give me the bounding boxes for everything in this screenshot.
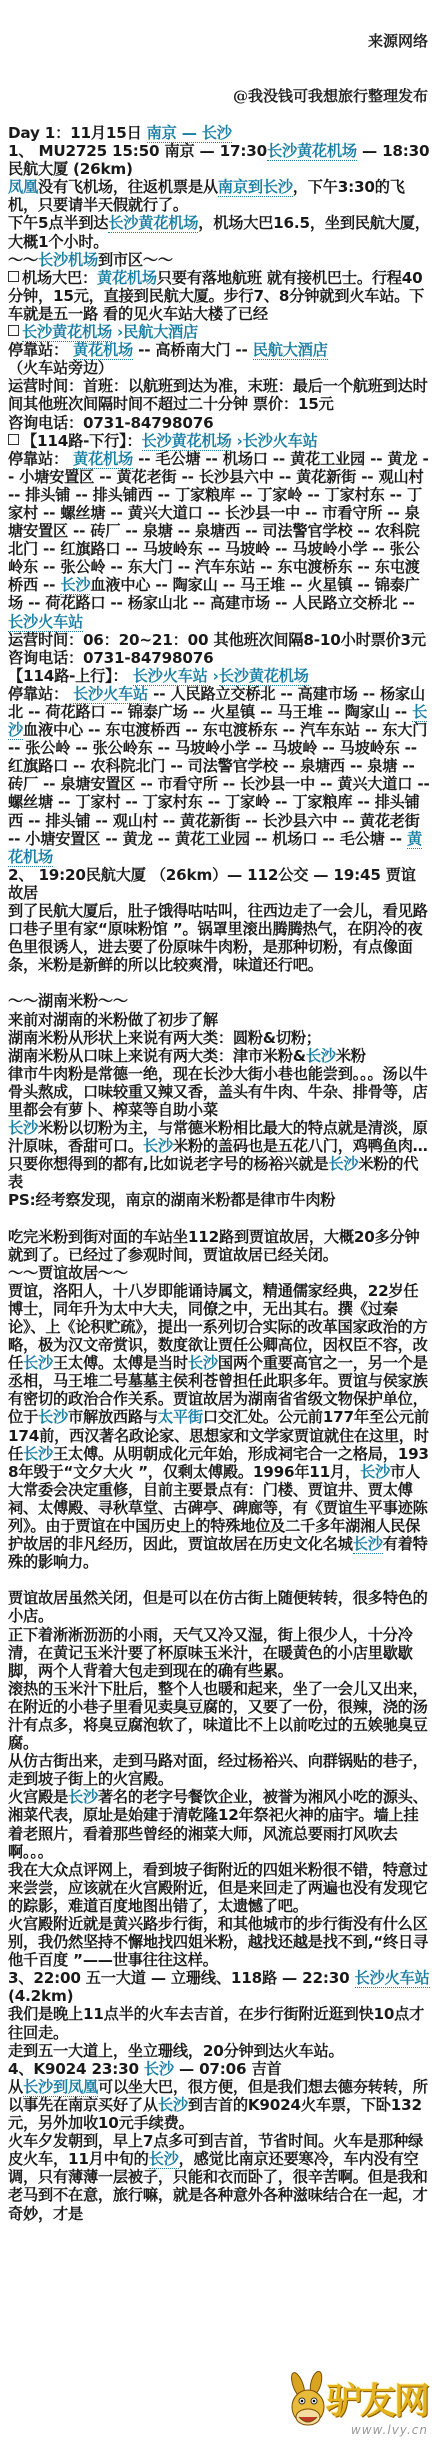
airport-link[interactable]: 长沙黄花机场 bbox=[22, 323, 112, 342]
changsha-fenghuang-link[interactable]: 长沙到凤凰 bbox=[23, 2078, 98, 2097]
segment-4: 4、K9024 23:30 长沙 — 07:06 吉首 bbox=[8, 2060, 430, 2078]
paragraph: 火宫殿附近就是黄兴路步行街，和其他城市的步行街没有什么区别，我仍然坚持不懈地找四… bbox=[8, 1915, 430, 1969]
bus-route-heading: 长沙黄花机场 ›民航大酒店 bbox=[8, 323, 430, 341]
changsha-link[interactable]: 长沙 bbox=[8, 1119, 38, 1137]
paragraph: 滚热的玉米汁下肚后，整个人也暖和起来，坐了一会儿又出来，在附近的小巷子里看见卖臭… bbox=[8, 1680, 430, 1752]
airport-link[interactable]: 长沙黄花机场 bbox=[267, 142, 357, 161]
text: （火车站旁边） bbox=[8, 359, 113, 377]
jia-yi-paragraph: 贾谊，洛阳人，十八岁即能诵诗属文，精通儒家经典，22岁任博士，同年升为太中大夫，… bbox=[8, 1282, 430, 1572]
changsha-link[interactable]: 长沙 bbox=[328, 1155, 358, 1173]
section-heading: ～～长沙机场到市区～～ bbox=[8, 251, 430, 269]
paragraph: 湖南米粉从形状上来说有两大类：圆粉&切粉； bbox=[8, 1029, 430, 1047]
text: 米粉 bbox=[336, 1047, 366, 1065]
station-link[interactable]: 长沙火车站 bbox=[8, 613, 83, 632]
ps-note: PS:经考察发现，南京的湖南米粉都是律市牛肉粉 bbox=[8, 1191, 430, 1209]
fenghuang-link[interactable]: 凤凰 bbox=[8, 178, 38, 196]
changsha-link[interactable]: 长沙 bbox=[143, 1137, 173, 1155]
airport-link[interactable]: 长沙黄花机场 bbox=[108, 214, 198, 233]
text: 到市区～～ bbox=[98, 251, 173, 269]
changsha-link[interactable]: 长沙 bbox=[360, 1463, 390, 1481]
paragraph: 长沙米粉以切粉为主，与常德米粉相比最大的特点就是清淡，原汁原味，香甜可口。长沙米… bbox=[8, 1119, 430, 1191]
route-link[interactable]: 南京 — 长沙 bbox=[147, 124, 232, 143]
bus-114-up-stops: 停靠站： 长沙火车站 -- 人民路立交桥北 -- 高建市场 -- 杨家山北 --… bbox=[8, 685, 430, 866]
text: 火宫殿是 bbox=[8, 1788, 68, 1806]
text: 血液中心 -- 东屯渡桥西 -- 东屯渡桥东 -- 汽车东站 -- 东大门 --… bbox=[8, 721, 430, 848]
operating-hours: 运营时间：首班：以航班到达为准，末班：最后一个航班到达时间其他班次间隔时间不超过… bbox=[8, 377, 430, 413]
segment-3: 3、22:00 五一大道 — 立珊线、118路 — 22:30 长沙火车站 (4… bbox=[8, 1969, 430, 2005]
changsha-airport-link[interactable]: 长沙机场 bbox=[38, 251, 98, 269]
taiping-street-link[interactable]: 太平街 bbox=[158, 1408, 203, 1426]
airport-link[interactable]: 长沙黄花机场 bbox=[142, 432, 232, 451]
changsha-link[interactable]: 长沙 bbox=[188, 1354, 218, 1372]
changsha-link[interactable]: 长沙 bbox=[353, 1535, 383, 1554]
paragraph: 贾谊故居虽然关闭，但是可以在仿古街上随便转转，很多特色的小店。 bbox=[8, 1589, 430, 1625]
paragraph: 吃完米粉到街对面的车站坐112路到贾谊故居，大概20多分钟就到了。已经过了参观时… bbox=[8, 1228, 430, 1264]
paragraph: 下午5点半到达长沙黄花机场，机场大巴16.5，坐到民航大厦，大概1个小时。 bbox=[8, 214, 430, 250]
paragraph: 正下着淅淅沥沥的小雨，天气又冷又湿，街上很少人，十分冷清，在黄记玉米汁要了杯原味… bbox=[8, 1626, 430, 1680]
text: 下午5点半到达 bbox=[8, 214, 108, 232]
paragraph: 来前对湖南的米粉做了初步了解 bbox=[8, 1011, 430, 1029]
text: 市解放西路与 bbox=[68, 1408, 158, 1426]
text: 3、22:00 五一大道 — 立珊线、118路 — 22:30 bbox=[8, 1969, 355, 1987]
station-link[interactable]: 长沙火车站 bbox=[133, 667, 208, 686]
text: (4.2km) bbox=[8, 1987, 73, 2005]
watermark-url: www.lvy.cn bbox=[351, 2423, 428, 2437]
segment-2: 2、 19:20民航大厦 （26km）— 112公交 — 19:45 贾谊故居 bbox=[8, 866, 430, 902]
bus-114-up-heading: 【114路-上行】： 长沙火车站 ›长沙黄花机场 bbox=[8, 667, 430, 685]
changsha-link[interactable]: 长沙 bbox=[23, 1445, 53, 1463]
text: 【114路-上行】： bbox=[8, 667, 133, 685]
text: -- 高桥南大门 -- bbox=[133, 341, 253, 359]
paragraph: 我们是晚上11点半的火车去吉首，在步行街附近逛到快10点才往回走。 bbox=[8, 2005, 430, 2041]
changsha-link[interactable]: 长沙 bbox=[68, 1788, 98, 1806]
day-date: Day 1：11月15日 bbox=[8, 124, 147, 142]
bus-114-down-heading: 【114路-下行】：长沙黄花机场 ›长沙火车站 bbox=[8, 432, 430, 450]
text: 没有飞机场，往返机票是从 bbox=[38, 178, 218, 196]
bullet-box-icon bbox=[8, 434, 19, 445]
text: 从 bbox=[8, 2078, 23, 2096]
text: 王太傅。太傅是当时 bbox=[53, 1354, 188, 1372]
changsha-link[interactable]: 长沙 bbox=[60, 576, 90, 595]
station-link[interactable]: 长沙火车站 bbox=[73, 685, 148, 704]
text: 停靠站： bbox=[8, 341, 73, 359]
text: 【114路-下行】： bbox=[22, 432, 142, 450]
station-link[interactable]: 长沙火车站 bbox=[243, 432, 318, 450]
segment-1-text: 1、 MU2725 15:50 南京 — 17:30 bbox=[8, 142, 267, 160]
huanghua-airport-link[interactable]: 黄花机场 bbox=[73, 450, 133, 469]
bus-114-down-stops: 停靠站： 黄花机场 -- 毛公塘 -- 机场口 -- 黄花工业园 -- 黄龙 -… bbox=[8, 450, 430, 631]
paragraph: 火车夕发朝到，早上7点多可到吉首，节省时间。火车是那种绿皮火车，11月中旬的长沙… bbox=[8, 2132, 430, 2222]
bus-114-down-phone: 咨询电话：0731-84798076 bbox=[8, 649, 430, 667]
changsha-link[interactable]: 长沙 bbox=[23, 1354, 53, 1372]
station-link[interactable]: 长沙火车站 bbox=[355, 1969, 430, 1988]
paragraph: 从长沙到凤凰可以坐大巴，很方便，但是我们想去德夯转转，所以事先在南京买好了从长沙… bbox=[8, 2078, 430, 2132]
bus-114-down-hours: 运营时间：06：20~21：00 其他班次间隔8-10小时票价3元 bbox=[8, 631, 430, 649]
text: -- 毛公塘 -- 机场口 -- 黄花工业园 -- 黄龙 -- 小塘安置区 --… bbox=[8, 450, 429, 595]
jia-yi-heading: ～～贾谊故居～～ bbox=[8, 1264, 430, 1282]
text: 停靠站： bbox=[8, 685, 73, 703]
rice-noodle-heading: ～～湖南米粉～～ bbox=[8, 992, 430, 1010]
watermark: 驴友网 www.lvy.cn bbox=[284, 2367, 434, 2439]
huanghua-airport-link[interactable]: 黄花机场 bbox=[97, 269, 157, 287]
text: 机场大巴： bbox=[22, 269, 97, 287]
segment-1: 1、 MU2725 15:50 南京 — 17:30长沙黄花机场 — 18:30… bbox=[8, 142, 430, 178]
article-body: Day 1：11月15日 南京 — 长沙 1、 MU2725 15:50 南京 … bbox=[0, 106, 438, 2223]
donkey-mascot-icon bbox=[284, 2371, 334, 2433]
airport-link[interactable]: 长沙黄花机场 bbox=[219, 667, 309, 686]
paragraph: 走到五一大道上，坐立珊线，20分钟到达火车站。 bbox=[8, 2042, 430, 2060]
text: ～～ bbox=[8, 251, 38, 269]
paragraph: 机场大巴：黄花机场只要有落地航班 就有接机巴士。行程40分钟，15元，直接到民航… bbox=[8, 269, 430, 323]
watermark-brand: 驴友网 bbox=[326, 2373, 428, 2424]
nanjing-changsha-link[interactable]: 南京到长沙 bbox=[218, 178, 293, 197]
phone: 咨询电话：0731-84798076 bbox=[8, 414, 430, 432]
source-credit: 来源网络 bbox=[0, 0, 428, 51]
bullet-box-icon bbox=[8, 325, 19, 336]
hotel-link[interactable]: 民航大酒店 bbox=[253, 341, 328, 360]
text: 湖南米粉从口味上来说有两大类：津市米粉& bbox=[8, 1047, 306, 1065]
stops: 停靠站： 黄花机场 -- 高桥南大门 -- 民航大酒店（火车站旁边） bbox=[8, 341, 430, 377]
paragraph: 我在大众点评网上，看到坡子街附近的四姐米粉很不错，特意过来尝尝，应该就在火宫殿附… bbox=[8, 1861, 430, 1915]
paragraph: 火宫殿是长沙著名的老字号餐饮企业，被誉为湘风小吃的源头、湘菜代表，原址是始建于清… bbox=[8, 1788, 430, 1860]
text: 停靠站： bbox=[8, 450, 73, 468]
credits: 来源网络 @我没钱可我想旅行整理发布 bbox=[0, 0, 438, 106]
paragraph: 到了民航大厦后，肚子饿得咕咕叫，往西边走了一会儿，看见路口巷子里有家“原味粉馆 … bbox=[8, 902, 430, 974]
bullet-box-icon bbox=[8, 271, 19, 282]
text: — 07:06 吉首 bbox=[174, 2060, 282, 2078]
arrow-icon: › bbox=[112, 323, 123, 341]
huanghua-airport-link[interactable]: 黄花机场 bbox=[73, 341, 133, 360]
day-title: Day 1：11月15日 南京 — 长沙 bbox=[8, 124, 430, 142]
spacer bbox=[8, 1571, 430, 1589]
arrow-icon: › bbox=[208, 667, 219, 685]
text: 4、K9024 23:30 bbox=[8, 2060, 144, 2078]
changsha-link[interactable]: 长沙 bbox=[38, 1408, 68, 1426]
changsha-link[interactable]: 长沙 bbox=[144, 2060, 174, 2078]
changsha-link[interactable]: 长沙 bbox=[149, 2150, 179, 2169]
paragraph: 从仿古街出来，走到马路对面，经过杨裕兴、向群锅贴的巷子，走到坡子街上的火宫殿。 bbox=[8, 1752, 430, 1788]
changsha-link[interactable]: 长沙 bbox=[306, 1047, 336, 1065]
spacer bbox=[8, 1210, 430, 1228]
paragraph: 湖南米粉从口味上来说有两大类：津市米粉&长沙米粉 bbox=[8, 1047, 430, 1065]
paragraph: 凤凰没有飞机场，往返机票是从南京到长沙，下午3:30的飞机，只要请半天假就行了。 bbox=[8, 178, 430, 214]
paragraph: 律市牛肉粉是常德一绝，现在长沙大街小巷也能尝到。。。汤以牛骨头熬成，口味较重又辣… bbox=[8, 1065, 430, 1119]
spacer bbox=[8, 974, 430, 992]
arrow-icon: › bbox=[231, 432, 242, 450]
publisher-credit: @我没钱可我想旅行整理发布 bbox=[0, 51, 428, 106]
hotel-link[interactable]: 民航大酒店 bbox=[123, 323, 198, 341]
changsha-link[interactable]: 长沙 bbox=[158, 2096, 188, 2114]
